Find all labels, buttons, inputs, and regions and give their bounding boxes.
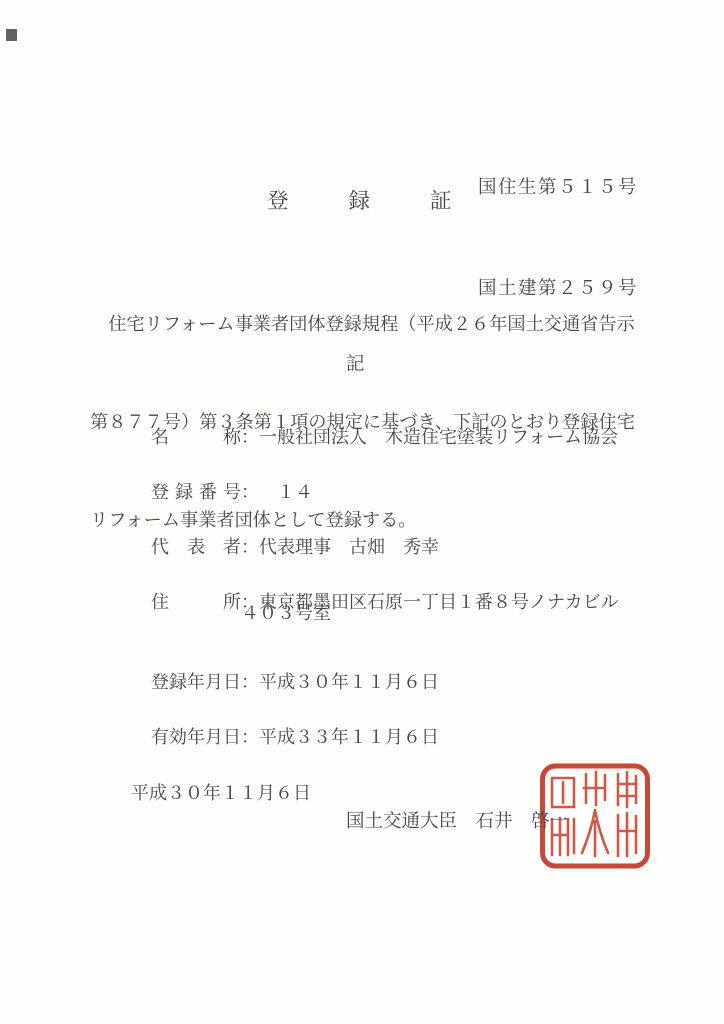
minister-signature: 国土交通大臣 石井 啓一 xyxy=(346,807,568,833)
field-label-registration-number: 登録番号 xyxy=(151,478,241,504)
field-colon: ： xyxy=(241,423,259,449)
document-title: 登録証 xyxy=(267,184,512,215)
field-value-name: 一般社団法人 木造住宅塗装リフォーム協会 xyxy=(259,427,618,447)
scan-artifact-mark xyxy=(6,29,17,41)
field-row-expiry-date: 有効年月日：平成３３年１１月６日 xyxy=(133,702,439,770)
field-value-address-line2: ４０３号室 xyxy=(241,599,331,625)
field-label-registration-date: 登録年月日 xyxy=(151,668,241,694)
paragraph-line-1: 住宅リフォーム事業者団体登録規程（平成２６年国土交通省告示 xyxy=(90,308,660,341)
field-colon: ： xyxy=(241,668,259,694)
field-colon: ： xyxy=(241,533,259,559)
field-label-name: 名称 xyxy=(151,423,241,449)
field-label-representative: 代表者 xyxy=(151,533,241,559)
field-label-address: 住所 xyxy=(151,588,241,614)
field-colon: ： xyxy=(241,478,259,504)
field-row-address: 住所：東京都墨田区石原一丁目１番８号ノナカビル ４０３号室 xyxy=(133,567,619,656)
field-value-registration-number: １４ xyxy=(259,482,313,502)
field-value-registration-date: 平成３０年１１月６日 xyxy=(259,672,439,692)
field-colon: ： xyxy=(241,723,259,749)
field-label-expiry-date: 有効年月日 xyxy=(151,723,241,749)
field-value-expiry-date: 平成３３年１１月６日 xyxy=(259,727,439,747)
ki-heading: 記 xyxy=(346,350,365,376)
issue-date: 平成３０年１１月６日 xyxy=(131,779,311,805)
field-value-representative: 代表理事 古畑 秀幸 xyxy=(259,537,439,557)
registration-certificate-document: 国住生第５１５号 国土建第２５９号 登録証 住宅リフォーム事業者団体登録規程（平… xyxy=(0,0,724,1024)
